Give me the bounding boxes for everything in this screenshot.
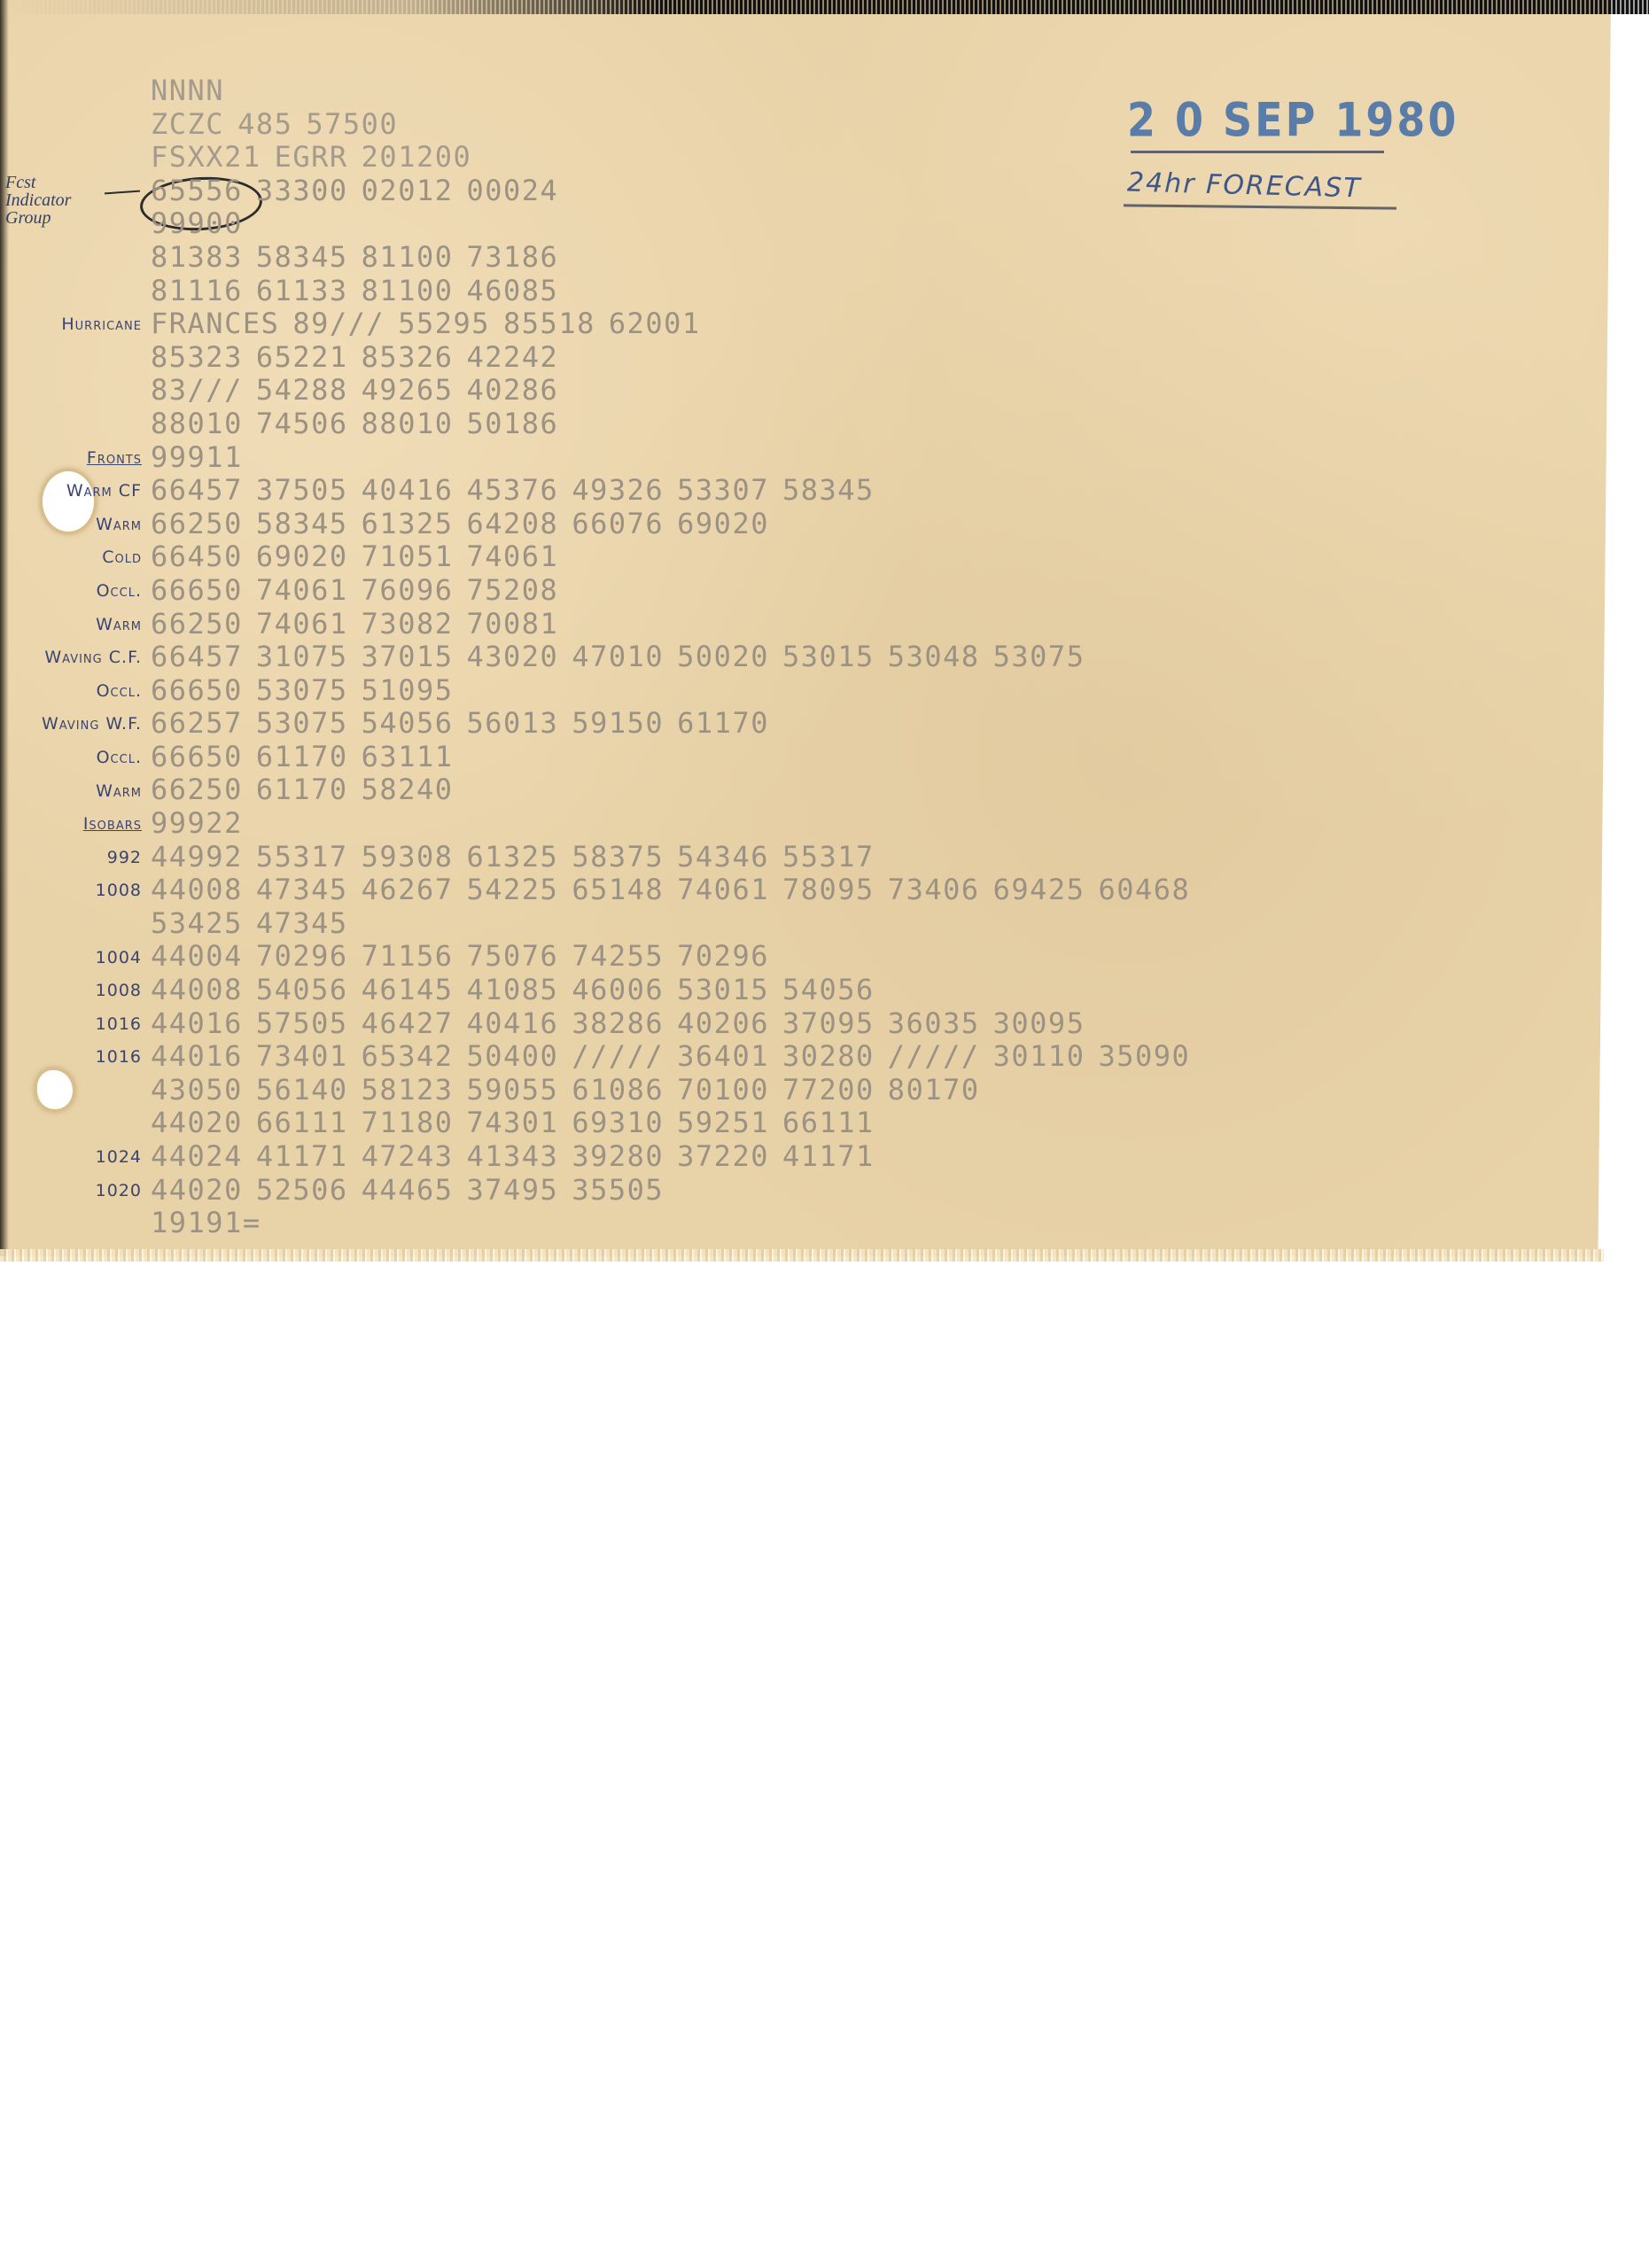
code-group: 64208	[466, 507, 558, 540]
code-group: 40286	[466, 373, 558, 407]
message-line: 44016734016534250400/////3640130280/////…	[151, 1040, 1203, 1074]
message-line: 81383583458110073186	[151, 241, 1203, 275]
message-line: 66250740617308270081	[151, 608, 1203, 641]
code-group: 40206	[677, 1006, 769, 1040]
message-line: 85323652218532642242	[151, 341, 1203, 375]
code-group: 42242	[466, 340, 558, 374]
margin-label: Occl.	[0, 681, 142, 701]
message-line: 4401657505464274041638286402063709536035…	[151, 1007, 1203, 1041]
code-group: 19191=	[151, 1206, 261, 1239]
code-group: 44465	[362, 1173, 454, 1207]
code-group: 85326	[362, 340, 454, 374]
message-line: 666506117063111	[151, 741, 1203, 774]
code-group: 55295	[398, 307, 490, 340]
code-group: 85518	[503, 307, 595, 340]
message-line: 662506117058240	[151, 773, 1203, 807]
code-group: 46145	[362, 973, 454, 1006]
code-group: 71051	[362, 540, 454, 573]
margin-label: Warm CF	[0, 481, 142, 501]
code-group: 99900	[151, 206, 243, 240]
code-group: 83///	[151, 373, 243, 407]
margin-label: 992	[0, 848, 142, 867]
margin-label: Occl.	[0, 748, 142, 767]
margin-label: 1016	[0, 1014, 142, 1034]
code-group: 69310	[572, 1106, 664, 1139]
message-line: FSXX21EGRR201200	[151, 141, 1203, 175]
code-group: 65556	[151, 174, 243, 207]
code-group: 59055	[466, 1073, 558, 1107]
code-group: 66250	[151, 507, 243, 540]
code-group: 44008	[151, 873, 243, 906]
message-line: 6645731075370154302047010500205301553048…	[151, 641, 1203, 674]
code-group: 41085	[466, 973, 558, 1006]
message-line: 66457375054041645376493265330758345	[151, 474, 1203, 508]
message-line: 44008540564614541085460065301554056	[151, 974, 1203, 1007]
code-group: /////	[888, 1039, 980, 1073]
code-group: 81100	[362, 240, 454, 274]
code-group: 40416	[466, 1006, 558, 1040]
code-group: 43020	[466, 640, 558, 673]
code-group: 73082	[362, 607, 454, 641]
code-group: 37095	[782, 1006, 875, 1040]
code-group: 46006	[572, 973, 664, 1006]
message-line: 66450690207105174061	[151, 540, 1203, 574]
code-group: 55317	[782, 840, 875, 874]
code-group: 54056	[362, 706, 454, 740]
code-group: 61170	[256, 740, 348, 773]
margin-label: Occl.	[0, 581, 142, 601]
code-group: 02012	[362, 174, 454, 207]
code-group: 41171	[782, 1139, 875, 1173]
code-group: 33300	[256, 174, 348, 207]
code-group: 80170	[888, 1073, 980, 1107]
code-group: 61170	[256, 773, 348, 806]
margin-label: 1004	[0, 948, 142, 967]
message-line: 440047029671156750767425570296	[151, 940, 1203, 974]
code-group: 58345	[256, 507, 348, 540]
code-group: 81383	[151, 240, 243, 274]
code-group: 52506	[256, 1173, 348, 1207]
margin-label: Hurricane	[0, 315, 142, 334]
code-group: 45376	[466, 473, 558, 507]
torn-bottom-edge	[0, 1249, 1604, 1262]
code-group: 00024	[466, 174, 558, 207]
code-group: 37220	[677, 1139, 769, 1173]
code-group: 53015	[782, 640, 875, 673]
code-group: 36401	[677, 1039, 769, 1073]
code-group: 53015	[677, 973, 769, 1006]
code-group: 46085	[466, 274, 558, 307]
code-group: 59308	[362, 840, 454, 874]
code-group: 53075	[256, 673, 348, 707]
code-group: 36035	[888, 1006, 980, 1040]
code-group: 54056	[782, 973, 875, 1006]
code-group: 66650	[151, 740, 243, 773]
message-line: ZCZC48557500	[151, 108, 1203, 142]
code-group: 47010	[572, 640, 664, 673]
code-group: 47345	[256, 906, 348, 940]
code-group: /////	[572, 1039, 664, 1073]
code-group: 37015	[362, 640, 454, 673]
message-line: 83///542884926540286	[151, 374, 1203, 408]
message-line: 81116611338110046085	[151, 275, 1203, 308]
code-group: 44024	[151, 1139, 243, 1173]
code-group: 99922	[151, 806, 243, 840]
code-group: 89///	[292, 307, 385, 340]
code-group: 44016	[151, 1006, 243, 1040]
code-group: 61325	[466, 840, 558, 874]
code-group: 66457	[151, 473, 243, 507]
message-line: 4402052506444653749535505	[151, 1174, 1203, 1208]
code-group: 74061	[677, 873, 769, 906]
code-group: 66457	[151, 640, 243, 673]
code-group: 58240	[362, 773, 454, 806]
code-group: 37505	[256, 473, 348, 507]
code-group: 44020	[151, 1106, 243, 1139]
code-group: 85323	[151, 340, 243, 374]
code-group: 30110	[993, 1039, 1085, 1073]
code-group: 58123	[362, 1073, 454, 1107]
code-group: 49265	[362, 373, 454, 407]
code-group: 50400	[466, 1039, 558, 1073]
margin-label: 1020	[0, 1181, 142, 1200]
code-group: 41343	[466, 1139, 558, 1173]
code-group: 44992	[151, 840, 243, 874]
code-group: 66111	[782, 1106, 875, 1139]
code-group: 70100	[677, 1073, 769, 1107]
code-group: 53048	[888, 640, 980, 673]
code-group: 40416	[362, 473, 454, 507]
code-group: 59150	[572, 706, 664, 740]
code-group: 74061	[256, 573, 348, 607]
code-group: 76096	[362, 573, 454, 607]
code-group: 66111	[256, 1106, 348, 1139]
code-group: 46267	[362, 873, 454, 906]
message-line: 44024411714724341343392803722041171	[151, 1140, 1203, 1174]
message-line: 99922	[151, 807, 1203, 841]
message-line: 66650740617609675208	[151, 574, 1203, 608]
code-group: 78095	[782, 873, 875, 906]
code-group: ZCZC	[151, 107, 224, 141]
margin-label: Isobars	[0, 814, 142, 834]
code-group: 66250	[151, 607, 243, 641]
code-group: 53075	[993, 640, 1085, 673]
code-group: 70296	[256, 939, 348, 973]
code-group: 56013	[466, 706, 558, 740]
margin-label: 1008	[0, 881, 142, 900]
code-group: 57505	[256, 1006, 348, 1040]
code-group: 38286	[572, 1006, 664, 1040]
message-line: 666505307551095	[151, 674, 1203, 708]
message-line: 5342547345	[151, 907, 1203, 941]
code-group: 54225	[466, 873, 558, 906]
message-line: 44020661117118074301693105925166111	[151, 1107, 1203, 1140]
code-group: 74506	[256, 407, 348, 440]
code-group: 43050	[151, 1073, 243, 1107]
message-line: 662505834561325642086607669020	[151, 508, 1203, 541]
code-group: 66650	[151, 573, 243, 607]
teleprinter-message: NNNNZCZC48557500FSXX21EGRR20120065556333…	[151, 74, 1203, 1240]
margin-label: Cold	[0, 548, 142, 567]
code-group: 99911	[151, 440, 243, 474]
code-group: 73406	[888, 873, 980, 906]
code-group: 74255	[572, 939, 664, 973]
margin-label: 1016	[0, 1047, 142, 1067]
code-group: 35090	[1098, 1039, 1190, 1073]
code-group: 65221	[256, 340, 348, 374]
code-group: 75208	[466, 573, 558, 607]
code-group: 66450	[151, 540, 243, 573]
code-group: 59251	[677, 1106, 769, 1139]
code-group: 81100	[362, 274, 454, 307]
code-group: 30095	[993, 1006, 1085, 1040]
code-group: 81116	[151, 274, 243, 307]
message-line: NNNN	[151, 74, 1203, 108]
code-group: 61325	[362, 507, 454, 540]
message-line: 44992553175930861325583755434655317	[151, 841, 1203, 874]
code-group: 60468	[1098, 873, 1190, 906]
code-group: 71180	[362, 1106, 454, 1139]
code-group: 44020	[151, 1173, 243, 1207]
code-group: FRANCES	[151, 307, 279, 340]
code-group: 41171	[256, 1139, 348, 1173]
code-group: 61170	[677, 706, 769, 740]
code-group: 50020	[677, 640, 769, 673]
code-group: EGRR	[275, 140, 348, 174]
message-line: 88010745068801050186	[151, 408, 1203, 441]
code-group: 485	[237, 107, 292, 141]
margin-label: 1008	[0, 981, 142, 1000]
code-group: 53307	[677, 473, 769, 507]
margin-label: 1024	[0, 1147, 142, 1167]
code-group: 88010	[151, 407, 243, 440]
torn-top-edge	[0, 0, 1649, 14]
margin-label: Fronts	[0, 448, 142, 468]
message-line: 4305056140581235905561086701007720080170	[151, 1074, 1203, 1107]
code-group: 66250	[151, 773, 243, 806]
code-group: 53075	[256, 706, 348, 740]
code-group: 54056	[256, 973, 348, 1006]
margin-label: Warm	[0, 781, 142, 801]
code-group: 37495	[466, 1173, 558, 1207]
code-group: 65342	[362, 1039, 454, 1073]
code-group: 62001	[609, 307, 701, 340]
code-group: NNNN	[151, 74, 224, 107]
code-group: 53425	[151, 906, 243, 940]
code-group: 61086	[572, 1073, 664, 1107]
margin-label: Warm	[0, 515, 142, 534]
margin-label: Warm	[0, 615, 142, 634]
code-group: 74061	[256, 607, 348, 641]
code-group: 73186	[466, 240, 558, 274]
code-group: 201200	[362, 140, 472, 174]
code-group: 75076	[466, 939, 558, 973]
code-group: 44016	[151, 1039, 243, 1073]
code-group: 58345	[256, 240, 348, 274]
message-line: 4400847345462675422565148740617809573406…	[151, 874, 1203, 907]
code-group: 44004	[151, 939, 243, 973]
code-group: 47345	[256, 873, 348, 906]
code-group: 31075	[256, 640, 348, 673]
margin-label: Waving W.F.	[0, 714, 142, 734]
margin-label: Waving C.F.	[0, 648, 142, 667]
code-group: 70081	[466, 607, 558, 641]
message-line: 19191=	[151, 1207, 1203, 1240]
code-group: 88010	[362, 407, 454, 440]
code-group: 49326	[572, 473, 664, 507]
code-group: 69020	[677, 507, 769, 540]
code-group: 54346	[677, 840, 769, 874]
code-group: 58375	[572, 840, 664, 874]
code-group: 74301	[466, 1106, 558, 1139]
code-group: FSXX21	[151, 140, 261, 174]
code-group: 69020	[256, 540, 348, 573]
margin-note-fcst-indicator: Fcst Indicator Group	[5, 174, 103, 227]
code-group: 66650	[151, 673, 243, 707]
code-group: 70296	[677, 939, 769, 973]
code-group: 58345	[782, 473, 875, 507]
code-group: 71156	[362, 939, 454, 973]
message-line: 662575307554056560135915061170	[151, 707, 1203, 741]
code-group: 55317	[256, 840, 348, 874]
code-group: 46427	[362, 1006, 454, 1040]
code-group: 65148	[572, 873, 664, 906]
code-group: 69425	[993, 873, 1085, 906]
code-group: 47243	[362, 1139, 454, 1173]
code-group: 56140	[256, 1073, 348, 1107]
code-group: 73401	[256, 1039, 348, 1073]
code-group: 30280	[782, 1039, 875, 1073]
code-group: 61133	[256, 274, 348, 307]
code-group: 44008	[151, 973, 243, 1006]
message-line: 99911	[151, 441, 1203, 475]
code-group: 57500	[306, 107, 398, 141]
code-group: 77200	[782, 1073, 875, 1107]
code-group: 54288	[256, 373, 348, 407]
punch-hole	[37, 1070, 73, 1109]
code-group: 74061	[466, 540, 558, 573]
message-line: FRANCES89///552958551862001	[151, 307, 1203, 341]
code-group: 66257	[151, 706, 243, 740]
code-group: 63111	[362, 740, 454, 773]
message-line: 65556333000201200024	[151, 175, 1203, 208]
code-group: 50186	[466, 407, 558, 440]
code-group: 39280	[572, 1139, 664, 1173]
code-group: 35505	[572, 1173, 664, 1207]
code-group: 51095	[362, 673, 454, 707]
code-group: 66076	[572, 507, 664, 540]
message-line: 99900	[151, 207, 1203, 241]
